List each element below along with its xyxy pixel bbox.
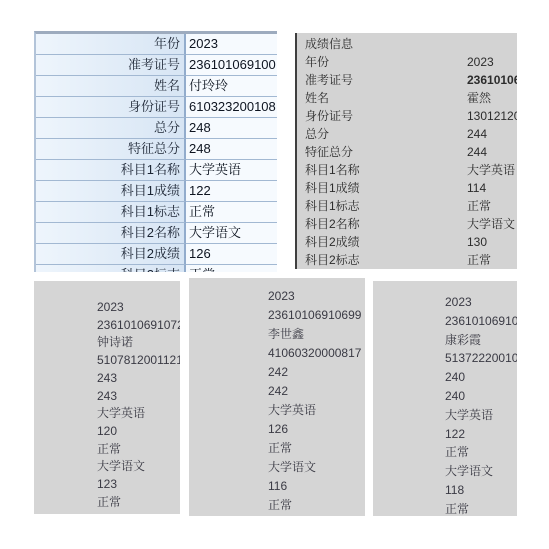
student-card: 2023 23610106910699 李世鑫 41060320000817 2… — [189, 278, 365, 516]
card-line: 2361010691072 — [97, 317, 180, 335]
card-line: 正常 — [97, 494, 180, 512]
card-line: 242 — [268, 363, 365, 382]
card-line: 正常 — [97, 441, 180, 459]
row-value: 大学英语 — [186, 160, 277, 181]
row-label: 科目2标志 — [36, 265, 186, 272]
card-line: 2023 — [445, 293, 517, 312]
row-value: 248 — [186, 118, 277, 139]
table-row: 准考证号 236101069100 — [36, 55, 277, 76]
card-line: 大学语文 — [445, 462, 517, 481]
panel-title-label: 成绩信息 — [305, 35, 353, 53]
row-value: 2023 — [186, 34, 277, 55]
table-row: 年份 2023 — [36, 34, 277, 55]
row-value: 122 — [186, 181, 277, 202]
info-row: 科目1成绩 114 — [297, 179, 517, 197]
info-row: 科目1标志 正常 — [297, 197, 517, 215]
info-label: 姓名 — [305, 89, 329, 107]
row-value: 正常 — [186, 265, 277, 272]
info-value: 244 — [467, 143, 517, 161]
table-row: 科目2标志 正常 — [36, 265, 277, 272]
table-row: 身份证号 610323200108 — [36, 97, 277, 118]
card-line: 23610106910 — [445, 312, 517, 331]
card-line: 243 — [97, 370, 180, 388]
info-label: 科目2名称 — [305, 215, 360, 233]
card-line: 126 — [268, 420, 365, 439]
card-line: 240 — [445, 387, 517, 406]
table-row: 总分 248 — [36, 118, 277, 139]
card-line: 正常 — [268, 496, 365, 515]
table-row: 科目1成绩 122 — [36, 181, 277, 202]
info-label: 身份证号 — [305, 107, 353, 125]
info-row: 总分 244 — [297, 125, 517, 143]
info-row: 科目2标志 正常 — [297, 251, 517, 269]
card-line: 大学英语 — [97, 405, 180, 423]
card-line: 51372220010 — [445, 349, 517, 368]
row-value: 126 — [186, 244, 277, 265]
card-line: 2023 — [97, 299, 180, 317]
info-label: 准考证号 — [305, 71, 353, 89]
info-row: 特征总分 244 — [297, 143, 517, 161]
info-label: 年份 — [305, 53, 329, 71]
row-label: 科目1标志 — [36, 202, 186, 223]
card-line: 正常 — [445, 443, 517, 462]
score-table-panel: 年份 2023 准考证号 236101069100 姓名 付玲玲 身份证号 61… — [34, 31, 277, 272]
info-label: 科目1名称 — [305, 161, 360, 179]
card-line: 大学英语 — [445, 406, 517, 425]
table-row: 特征总分 248 — [36, 139, 277, 160]
row-value: 大学语文 — [186, 223, 277, 244]
info-value: 130 — [467, 233, 517, 251]
table-row: 科目1标志 正常 — [36, 202, 277, 223]
card-line: 大学语文 — [268, 458, 365, 477]
table-row: 科目1名称 大学英语 — [36, 160, 277, 181]
row-value: 248 — [186, 139, 277, 160]
card-line: 2023 — [268, 287, 365, 306]
info-row: 科目1名称 大学英语 — [297, 161, 517, 179]
info-value: 236101069 — [467, 71, 517, 89]
info-row: 姓名 霍然 — [297, 89, 517, 107]
card-line: 242 — [268, 382, 365, 401]
info-label: 特征总分 — [305, 143, 353, 161]
panel-title: 成绩信息 — [297, 35, 517, 53]
info-row: 准考证号 236101069 — [297, 71, 517, 89]
info-value: 霍然 — [467, 89, 517, 107]
card-line: 122 — [445, 425, 517, 444]
card-line: 李世鑫 — [268, 325, 365, 344]
student-card: 2023 23610106910 康彩霞 51372220010 240 240… — [373, 281, 517, 516]
card-line: 243 — [97, 388, 180, 406]
score-info-panel: 成绩信息 年份 2023 准考证号 236101069 姓名 霍然 身份证号 1… — [295, 33, 517, 269]
card-line: 23610106910699 — [268, 306, 365, 325]
card-line: 123 — [97, 476, 180, 494]
row-label: 总分 — [36, 118, 186, 139]
card-line: 120 — [97, 423, 180, 441]
row-value: 正常 — [186, 202, 277, 223]
info-value: 114 — [467, 179, 517, 197]
card-line: 康彩霞 — [445, 331, 517, 350]
row-label: 科目2名称 — [36, 223, 186, 244]
student-card: 2023 2361010691072 钟诗诺 5107812001121 243… — [34, 281, 180, 514]
info-row: 身份证号 130121200 — [297, 107, 517, 125]
info-label: 总分 — [305, 125, 329, 143]
row-label: 年份 — [36, 34, 186, 55]
info-label: 科目1成绩 — [305, 179, 360, 197]
info-row: 年份 2023 — [297, 53, 517, 71]
row-value: 付玲玲 — [186, 76, 277, 97]
info-value: 大学英语 — [467, 161, 517, 179]
score-screenshot-collage: 年份 2023 准考证号 236101069100 姓名 付玲玲 身份证号 61… — [0, 0, 549, 549]
card-line: 116 — [268, 477, 365, 496]
info-value: 130121200 — [467, 107, 517, 125]
row-label: 身份证号 — [36, 97, 186, 118]
card-line: 正常 — [268, 439, 365, 458]
row-label: 特征总分 — [36, 139, 186, 160]
row-label: 准考证号 — [36, 55, 186, 76]
info-label: 科目1标志 — [305, 197, 360, 215]
row-label: 科目1名称 — [36, 160, 186, 181]
row-value: 610323200108 — [186, 97, 277, 118]
info-value: 大学语文 — [467, 215, 517, 233]
info-value: 正常 — [467, 251, 517, 269]
card-line: 钟诗诺 — [97, 334, 180, 352]
table-row: 科目2名称 大学语文 — [36, 223, 277, 244]
row-label: 科目2成绩 — [36, 244, 186, 265]
info-label: 科目2标志 — [305, 251, 360, 269]
row-label: 科目1成绩 — [36, 181, 186, 202]
card-line: 正常 — [445, 500, 517, 516]
card-line: 118 — [445, 481, 517, 500]
info-value: 正常 — [467, 197, 517, 215]
row-value: 236101069100 — [186, 55, 277, 76]
info-value: 244 — [467, 125, 517, 143]
row-label: 姓名 — [36, 76, 186, 97]
info-row: 科目2名称 大学语文 — [297, 215, 517, 233]
card-line: 大学语文 — [97, 458, 180, 476]
card-line: 240 — [445, 368, 517, 387]
info-row: 科目2成绩 130 — [297, 233, 517, 251]
card-line: 5107812001121 — [97, 352, 180, 370]
table-row: 姓名 付玲玲 — [36, 76, 277, 97]
info-label: 科目2成绩 — [305, 233, 360, 251]
card-line: 大学英语 — [268, 401, 365, 420]
table-row: 科目2成绩 126 — [36, 244, 277, 265]
card-line: 41060320000817 — [268, 344, 365, 363]
info-value: 2023 — [467, 53, 517, 71]
